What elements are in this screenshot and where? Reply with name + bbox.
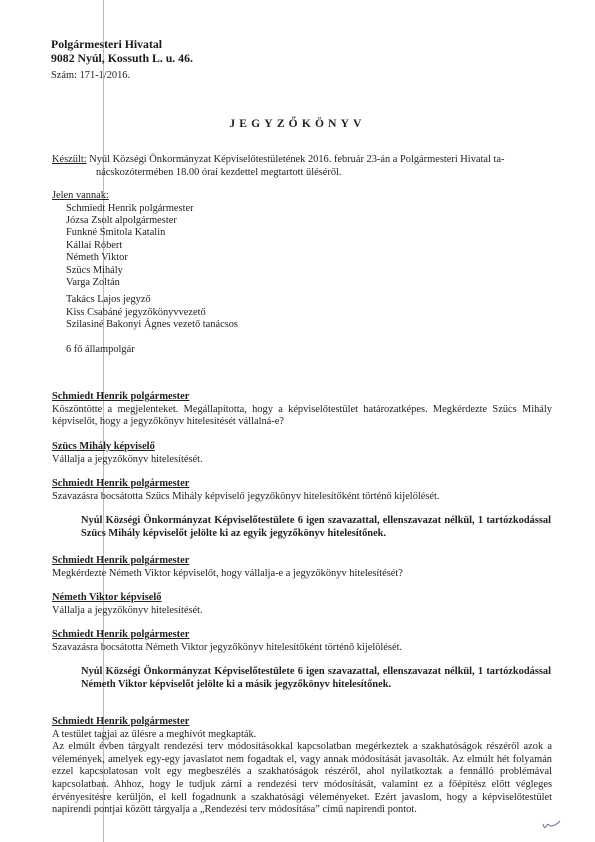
staff-item: Takács Lajos jegyző xyxy=(66,294,238,306)
section-text: Szavazásra bocsátotta Szücs Mihály képvi… xyxy=(52,491,552,504)
decision-1: Nyúl Községi Önkormányzat Képviselőtestü… xyxy=(81,514,551,540)
section-3: Schmiedt Henrik polgármester Szavazásra … xyxy=(52,478,552,503)
speaker-heading: Schmiedt Henrik polgármester xyxy=(52,555,552,568)
speaker-heading: Németh Viktor képviselő xyxy=(52,592,552,605)
speaker-heading: Szücs Mihály képviselő xyxy=(52,441,552,454)
member-item: Kállai Róbert xyxy=(66,240,238,252)
section-1: Schmiedt Henrik polgármester Köszöntötte… xyxy=(52,391,552,429)
speaker-heading: Schmiedt Henrik polgármester xyxy=(52,391,552,404)
speaker-heading: Schmiedt Henrik polgármester xyxy=(52,629,552,642)
keszult-label: Készült: xyxy=(52,154,87,165)
member-item: Szücs Mihály xyxy=(66,265,238,277)
section-text: Vállalja a jegyzőkönyv hitelesítését. xyxy=(52,605,552,618)
section-2: Szücs Mihály képviselő Vállalja a jegyző… xyxy=(52,441,552,466)
keszult-text-1: Nyúl Községi Önkormányzat Képviselőtestü… xyxy=(87,154,505,165)
member-item: Varga Zoltán xyxy=(66,277,238,289)
section-5: Németh Viktor képviselő Vállalja a jegyz… xyxy=(52,592,552,617)
decision-2: Nyúl Községi Önkormányzat Képviselőtestü… xyxy=(81,665,551,691)
member-item: Schmiedt Henrik polgármester xyxy=(66,203,238,215)
section-4: Schmiedt Henrik polgármester Megkérdezte… xyxy=(52,555,552,580)
attendance-label: Jelen vannak: xyxy=(52,190,238,203)
section-text: Megkérdezte Németh Viktor képviselőt, ho… xyxy=(52,568,552,581)
section-text-continued: Az elmúlt évben tárgyalt rendezési terv … xyxy=(52,741,552,817)
office-name: Polgármesteri Hivatal xyxy=(51,38,193,52)
member-item: Funkné Smitola Katalin xyxy=(66,227,238,239)
speaker-heading: Schmiedt Henrik polgármester xyxy=(52,478,552,491)
attendance: Jelen vannak: Schmiedt Henrik polgármest… xyxy=(52,190,238,356)
citizens-count: 6 fő állampolgár xyxy=(52,344,238,357)
office-address: 9082 Nyúl, Kossuth L. u. 46. xyxy=(51,52,193,66)
member-item: Józsa Zsolt alpolgármester xyxy=(66,215,238,227)
initials-mark xyxy=(542,818,564,830)
section-text: Vállalja a jegyzőkönyv hitelesítését. xyxy=(52,454,552,467)
document-title: JEGYZŐKÖNYV xyxy=(0,118,595,131)
keszult-text-2: nácskozótermében 18.00 órai kezdettel me… xyxy=(52,167,552,180)
staff-item: Szilasiné Bakonyi Ágnes vezető tanácsos xyxy=(66,319,238,331)
meeting-info: Készült: Nyúl Községi Önkormányzat Képvi… xyxy=(52,154,552,179)
member-item: Németh Viktor xyxy=(66,252,238,264)
section-text: Köszöntötte a megjelenteket. Megállapíto… xyxy=(52,404,552,429)
document-page: Polgármesteri Hivatal 9082 Nyúl, Kossuth… xyxy=(0,0,595,842)
speaker-heading: Schmiedt Henrik polgármester xyxy=(52,716,552,729)
section-text: A testület tagjai az ülésre a meghívót m… xyxy=(52,729,552,742)
letterhead: Polgármesteri Hivatal 9082 Nyúl, Kossuth… xyxy=(51,38,193,65)
staff-item: Kiss Csabáné jegyzőkönyvvezető xyxy=(66,307,238,319)
section-7: Schmiedt Henrik polgármester A testület … xyxy=(52,716,552,817)
member-list: Schmiedt Henrik polgármester Józsa Zsolt… xyxy=(52,203,238,290)
staff-list: Takács Lajos jegyző Kiss Csabáné jegyzők… xyxy=(52,294,238,331)
reference-number: Szám: 171-1/2016. xyxy=(51,70,130,83)
section-text: Szavazásra bocsátotta Németh Viktor jegy… xyxy=(52,642,552,655)
section-6: Schmiedt Henrik polgármester Szavazásra … xyxy=(52,629,552,654)
